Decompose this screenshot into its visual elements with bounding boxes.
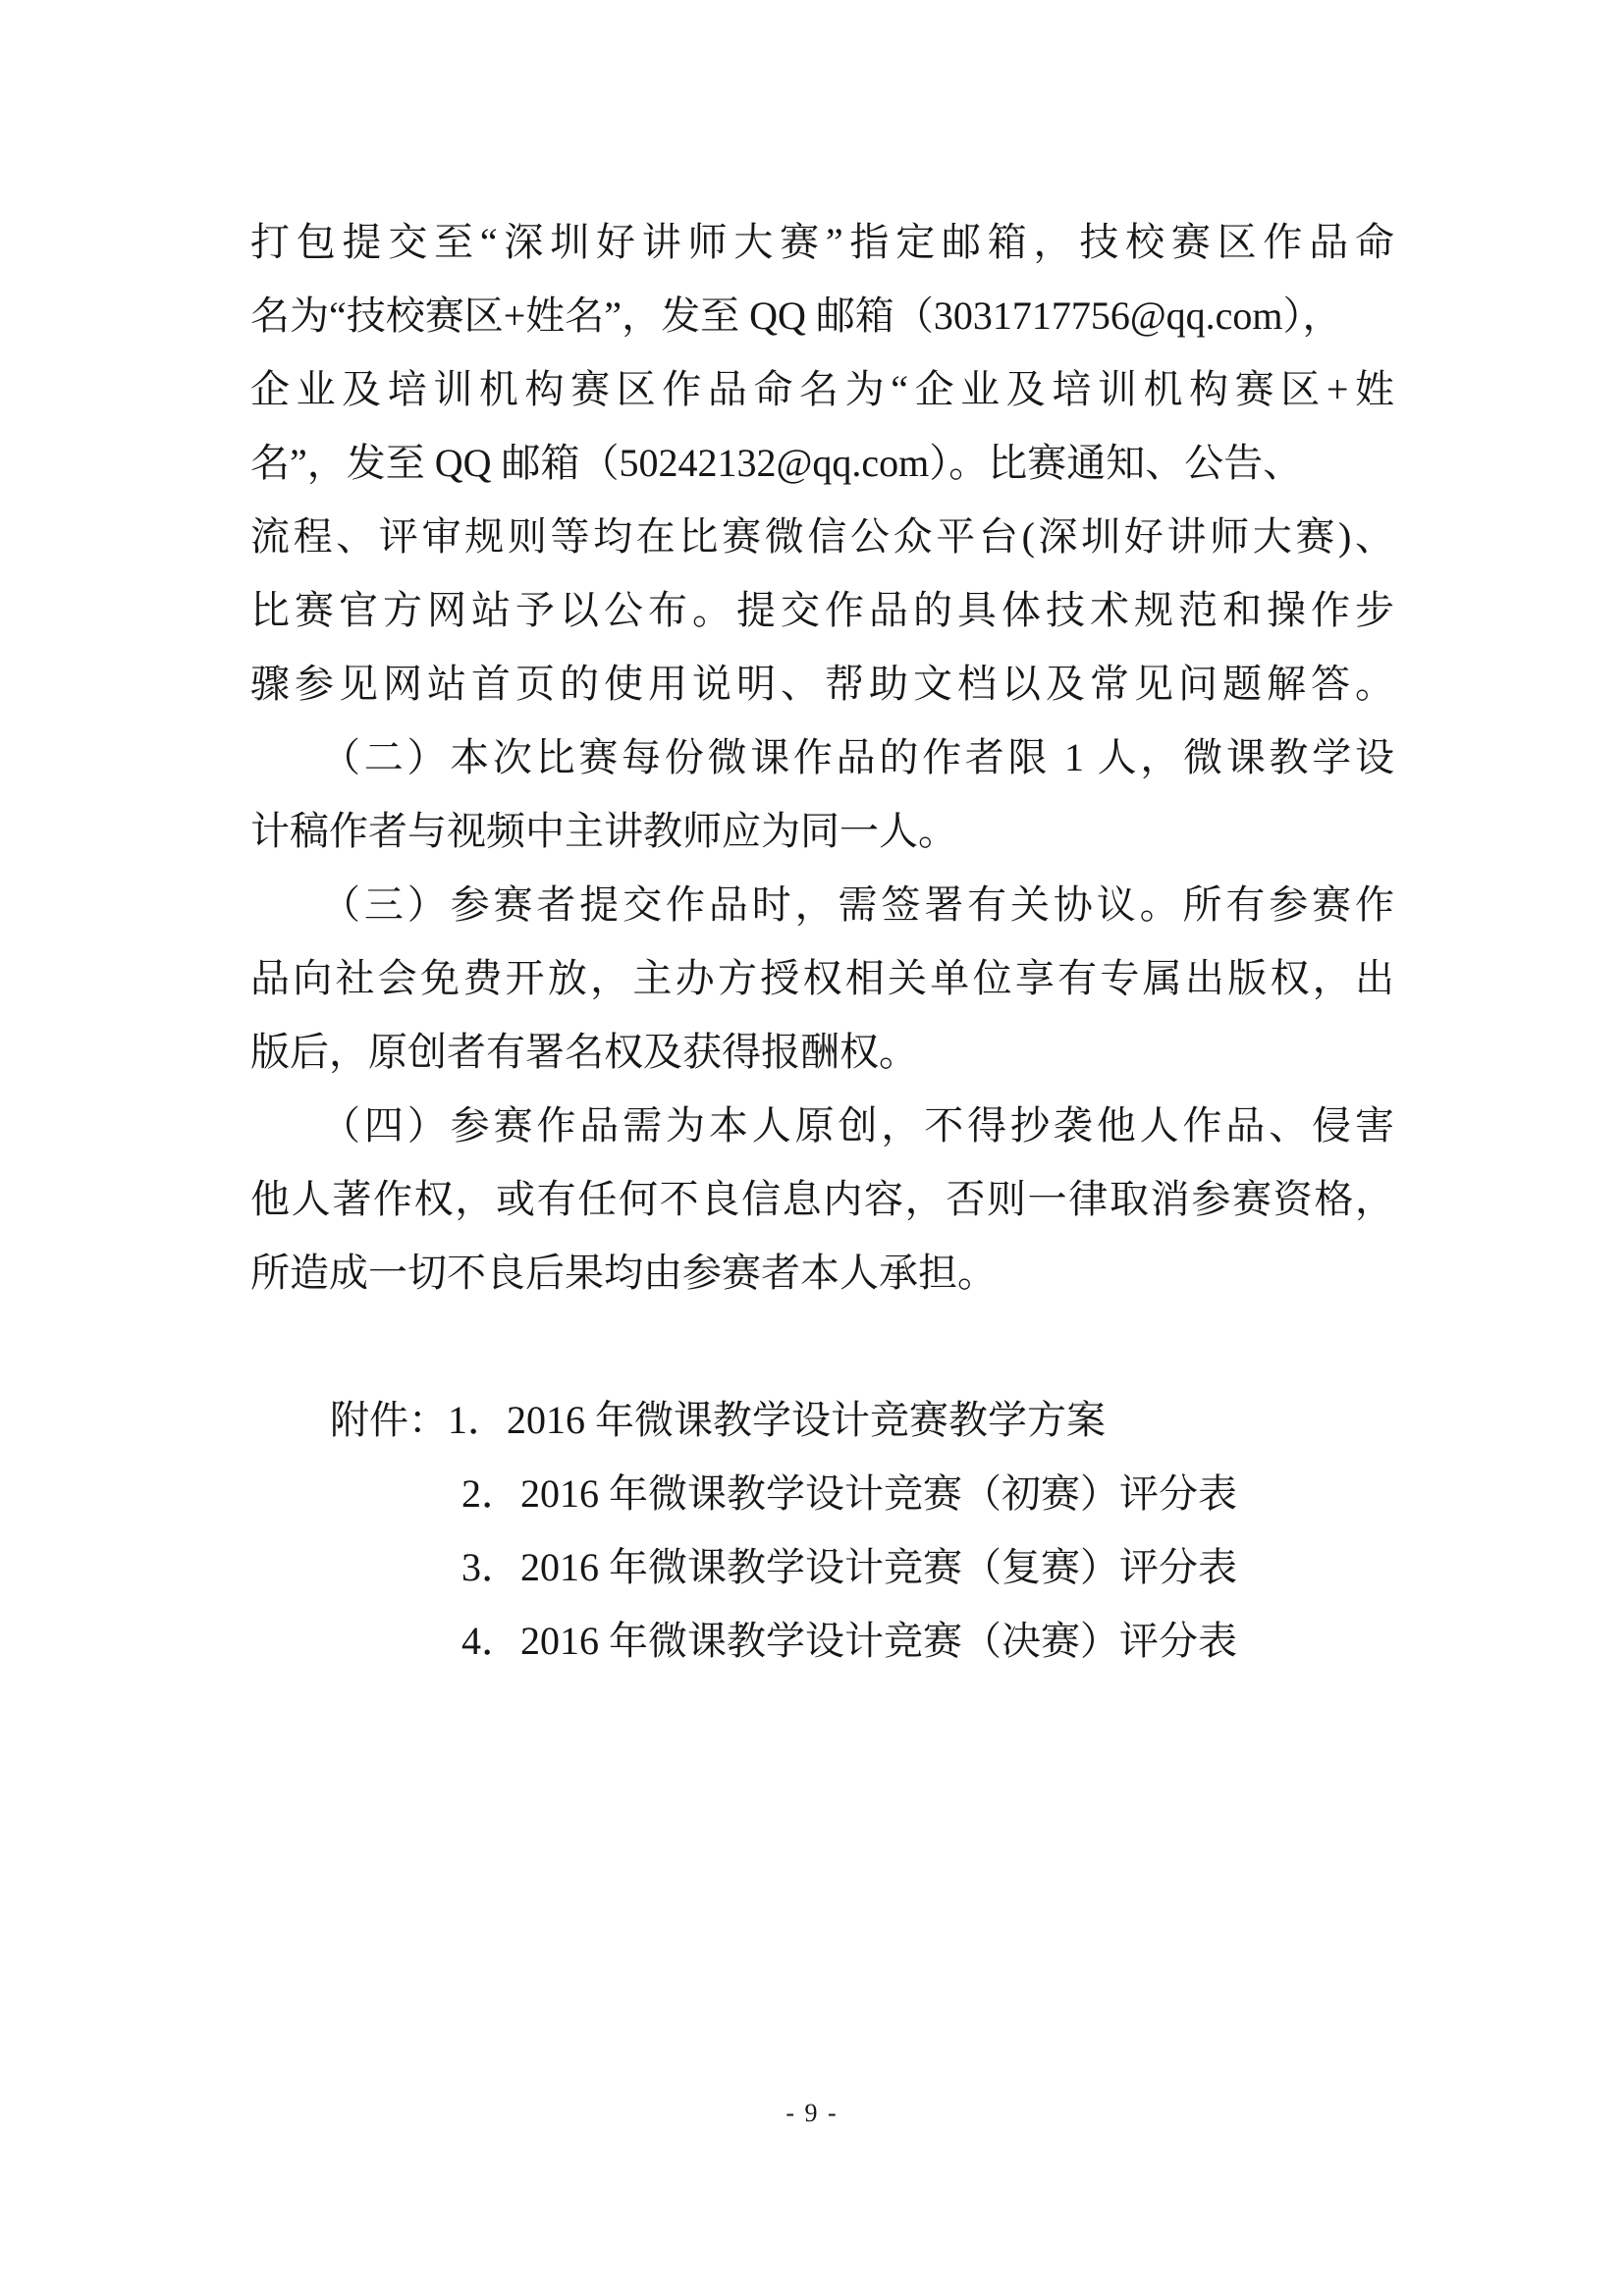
text-line: 流程、评审规则等均在比赛微信公众平台(深圳好讲师大赛)、 — [250, 500, 1394, 573]
text-line: 所造成一切不良后果均由参赛者本人承担。 — [250, 1236, 1394, 1309]
text-line: 附件：1．2016 年微课教学设计竞赛教学方案 — [250, 1383, 1394, 1457]
text-line: （四）参赛作品需为本人原创，不得抄袭他人作品、侵害 — [250, 1089, 1394, 1162]
text-line: 计稿作者与视频中主讲教师应为同一人。 — [250, 794, 1394, 868]
blank-line — [250, 1309, 1394, 1383]
text-line: （二）本次比赛每份微课作品的作者限 1 人，微课教学设 — [250, 721, 1394, 794]
document-page: 打包提交至“深圳好讲师大赛”指定邮箱，技校赛区作品命名为“技校赛区+姓名”，发至… — [0, 0, 1624, 2296]
text-line: （三）参赛者提交作品时，需签署有关协议。所有参赛作 — [250, 868, 1394, 941]
page-number-footer: - 9 - — [0, 2099, 1624, 2128]
text-line: 企业及培训机构赛区作品命名为“企业及培训机构赛区+姓 — [250, 352, 1394, 426]
body-text: 打包提交至“深圳好讲师大赛”指定邮箱，技校赛区作品命名为“技校赛区+姓名”，发至… — [250, 205, 1394, 1678]
text-line: 他人著作权，或有任何不良信息内容，否则一律取消参赛资格， — [250, 1162, 1394, 1236]
text-line: 名”，发至 QQ 邮箱（50242132@qq.com）。比赛通知、公告、 — [250, 426, 1394, 500]
text-line: 品向社会免费开放，主办方授权相关单位享有专属出版权，出 — [250, 941, 1394, 1015]
text-line: 4．2016 年微课教学设计竞赛（决赛）评分表 — [250, 1604, 1394, 1678]
page-number: - 9 - — [785, 2099, 838, 2127]
text-line: 3．2016 年微课教学设计竞赛（复赛）评分表 — [250, 1530, 1394, 1604]
text-line: 版后，原创者有署名权及获得报酬权。 — [250, 1015, 1394, 1089]
text-line: 骤参见网站首页的使用说明、帮助文档以及常见问题解答。 — [250, 647, 1394, 721]
text-line: 名为“技校赛区+姓名”，发至 QQ 邮箱（3031717756@qq.com）， — [250, 279, 1394, 352]
text-line: 打包提交至“深圳好讲师大赛”指定邮箱，技校赛区作品命 — [250, 205, 1394, 279]
text-line: 2．2016 年微课教学设计竞赛（初赛）评分表 — [250, 1457, 1394, 1530]
text-line: 比赛官方网站予以公布。提交作品的具体技术规范和操作步 — [250, 573, 1394, 647]
